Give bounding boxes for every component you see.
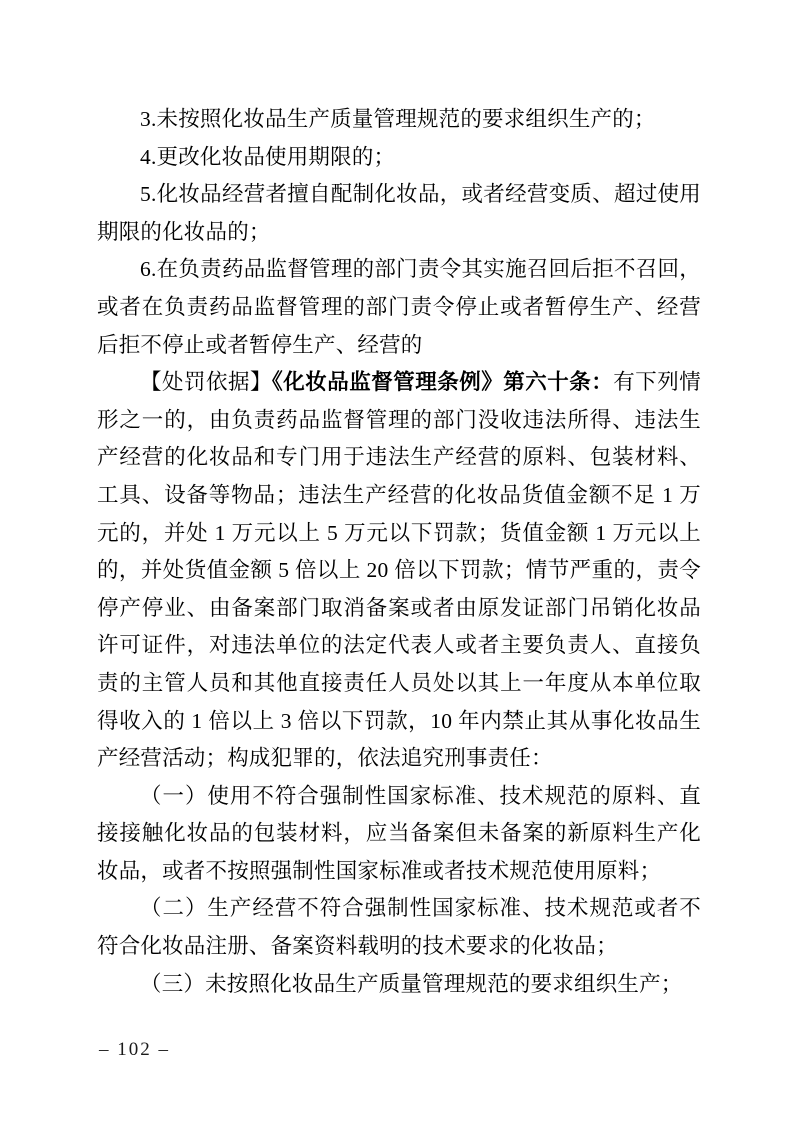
penalty-basis-paragraph: 【处罚依据】《化妆品监督管理条例》第六十条：有下列情形之一的，由负责药品监督管理… (97, 364, 701, 778)
regulation-citation: 《化妆品监督管理条例》第六十条： (272, 370, 613, 394)
penalty-basis-label: 【处罚依据】 (140, 370, 272, 394)
sub-item-2: （二）生产经营不符合强制性国家标准、技术规范或者不符合化妆品注册、备案资料载明的… (97, 890, 701, 965)
penalty-basis-text: 有下列情形之一的，由负责药品监督管理的部门没收违法所得、违法生产经营的化妆品和专… (97, 370, 701, 770)
sub-item-3: （三）未按照化妆品生产质量管理规范的要求组织生产； (97, 966, 701, 1004)
sub-item-1: （一）使用不符合强制性国家标准、技术规范的原料、直接接触化妆品的包装材料，应当备… (97, 778, 701, 891)
page-number: – 102 – (99, 1036, 170, 1064)
clause-4: 4.更改化妆品使用期限的； (97, 139, 701, 177)
clause-6: 6.在负责药品监督管理的部门责令其实施召回后拒不召回，或者在负责药品监督管理的部… (97, 251, 701, 364)
document-body: 3.未按照化妆品生产质量管理规范的要求组织生产的； 4.更改化妆品使用期限的； … (97, 101, 701, 1003)
clause-3: 3.未按照化妆品生产质量管理规范的要求组织生产的； (97, 101, 701, 139)
clause-5: 5.化妆品经营者擅自配制化妆品，或者经营变质、超过使用期限的化妆品的； (97, 176, 701, 251)
document-page: 3.未按照化妆品生产质量管理规范的要求组织生产的； 4.更改化妆品使用期限的； … (0, 0, 793, 1122)
